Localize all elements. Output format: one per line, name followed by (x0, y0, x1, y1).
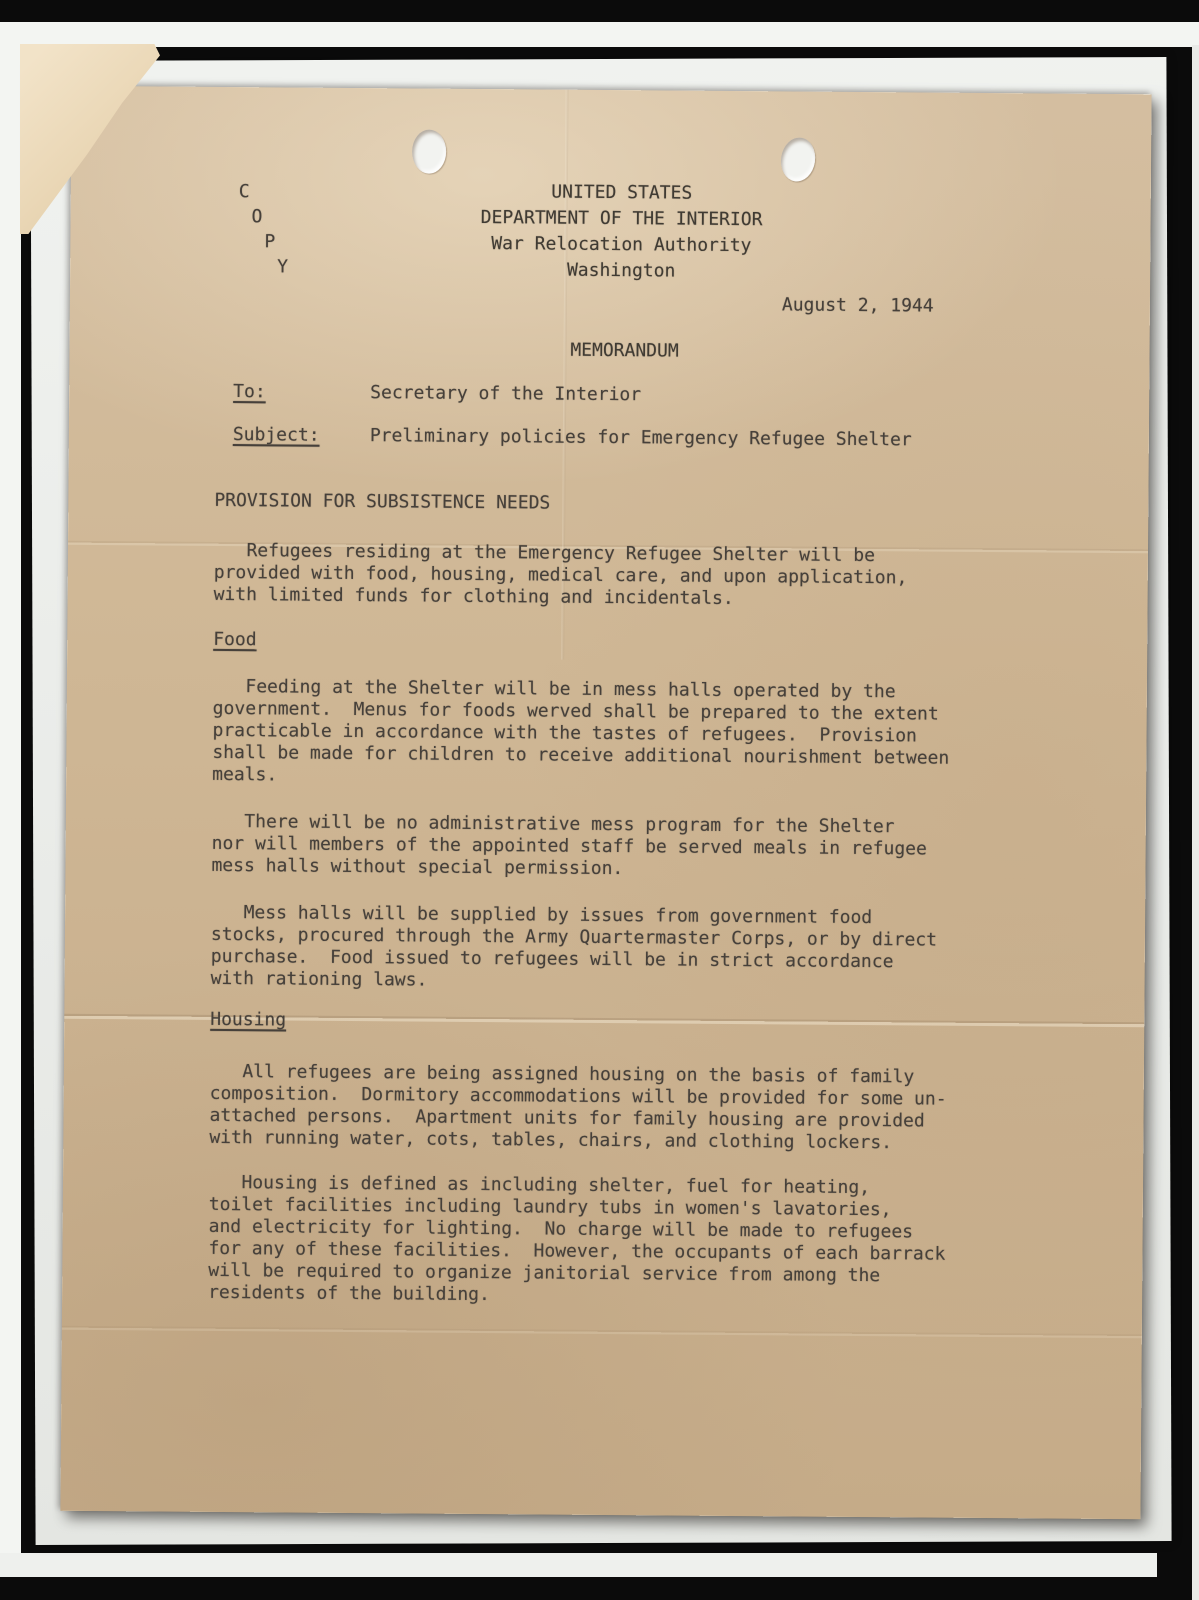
food-heading: Food (213, 629, 257, 651)
scan-edge-right (1192, 45, 1199, 1600)
memo-paper: C O P Y UNITED STATES DEPARTMENT OF THE … (60, 86, 1151, 1519)
scan-edge-top (0, 22, 1199, 47)
date-line: August 2, 1944 (782, 294, 934, 317)
to-label: To: (233, 381, 266, 403)
section-title-provision: PROVISION FOR SUBSISTENCE NEEDS (214, 490, 550, 515)
housing-heading: Housing (210, 1009, 286, 1032)
scanned-memo-photo: C O P Y UNITED STATES DEPARTMENT OF THE … (0, 0, 1199, 1600)
scan-edge-bottom (0, 1553, 1157, 1577)
memo-heading: MEMORANDUM (69, 336, 1149, 366)
to-row: To: Secretary of the Interior (69, 380, 1149, 412)
subject-value: Preliminary policies for Emergency Refug… (370, 425, 912, 451)
food-paragraph-1: Feeding at the Shelter will be in mess h… (212, 676, 1013, 792)
paper-crease (62, 1326, 1142, 1338)
housing-paragraph-2: Housing is defined as including shelter,… (208, 1172, 1009, 1310)
punch-hole-right (778, 135, 818, 184)
scan-edge-left (0, 22, 21, 1556)
letterhead: UNITED STATES DEPARTMENT OF THE INTERIOR… (70, 176, 1151, 288)
food-paragraph-3: Mess halls will be supplied by issues fr… (211, 902, 1012, 996)
punch-hole-left (412, 129, 446, 173)
subject-row: Subject: Preliminary policies for Emerge… (69, 423, 1149, 455)
subject-label: Subject: (233, 424, 320, 447)
intro-paragraph: Refugees residing at the Emergency Refug… (214, 540, 1014, 612)
food-paragraph-2: There will be no administrative mess pro… (211, 811, 1011, 883)
housing-paragraph-1: All refugees are being assigned housing … (209, 1061, 1010, 1155)
to-value: Secretary of the Interior (370, 382, 641, 406)
